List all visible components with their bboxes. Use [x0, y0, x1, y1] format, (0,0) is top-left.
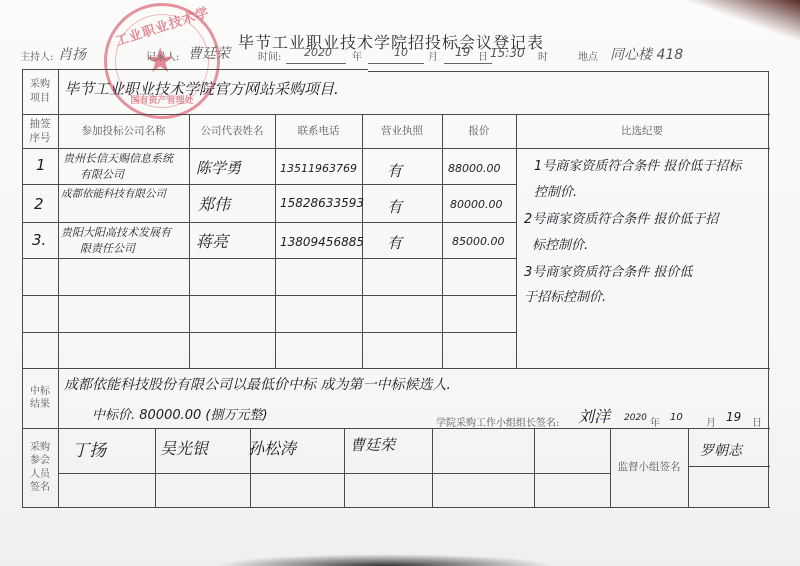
row1-company-line1: 贵州长信天赐信息系统: [63, 150, 173, 166]
leader-sign-label: 学院采购工作小组组长签名:: [436, 414, 559, 429]
header-company: 参加投标公司名称: [58, 114, 189, 148]
supervision-label: 监督小组签名: [610, 428, 688, 507]
summary-line-5: 3号商家资质符合条件 报价低: [524, 261, 692, 280]
member-signature-2: 吴光银: [160, 436, 208, 459]
row2-seq: 2: [34, 195, 44, 213]
header-price: 报价: [442, 114, 516, 148]
row2-license: 有: [387, 196, 402, 217]
sign-year-value: 2020: [624, 413, 647, 423]
project-label: 采购项目: [22, 69, 58, 114]
row1-rep: 陈学勇: [196, 157, 241, 178]
row2-phone: 15828633593: [280, 196, 364, 210]
row1-seq: 1: [36, 156, 46, 174]
member-signature-4: 曹廷荣: [350, 434, 395, 455]
supervision-signature: 罗朝志: [700, 440, 742, 460]
project-value: 毕节工业职业技术学院官方网站采购项目.: [64, 78, 339, 99]
row2-price: 80000.00: [450, 198, 503, 211]
row1-price: 88000.00: [448, 162, 501, 175]
member-signature-1: 丁扬: [72, 436, 106, 461]
result-line2: 中标价. 80000.00 (捌万元整): [92, 404, 268, 423]
row3-company-line2: 限责任公司: [80, 240, 135, 256]
member-signature-3: 孙松涛: [248, 436, 296, 459]
header-license: 营业执照: [362, 114, 442, 148]
header-phone: 联系电话: [275, 114, 362, 148]
result-label: 中标结果: [22, 368, 58, 428]
row3-rep: 蒋亮: [196, 229, 228, 252]
row1-phone: 13511963769: [280, 162, 357, 175]
sign-day-value: 19: [726, 410, 741, 424]
header-rep: 公司代表姓名: [189, 114, 275, 148]
row3-seq: 3.: [32, 231, 46, 249]
result-line1: 成都依能科技股份有限公司以最低价中标 成为第一中标候选人.: [64, 374, 451, 394]
row3-phone: 13809456885: [280, 235, 364, 249]
row2-company-line1: 成都依能科技有限公司: [61, 186, 166, 201]
row2-rep: 郑伟: [198, 192, 230, 215]
row3-license: 有: [387, 232, 402, 253]
summary-line-4: 标控制价.: [532, 234, 588, 253]
row1-company-line2: 有限公司: [80, 166, 124, 182]
signatures-label: 采购参会人员签名: [22, 428, 58, 507]
row1-license: 有: [387, 160, 402, 181]
row3-price: 85000.00: [452, 235, 505, 248]
leader-sign-value: 刘洋: [578, 404, 610, 427]
header-summary: 比选纪要: [516, 114, 768, 148]
summary-line-1: 1号商家资质符合条件 报价低于招标: [534, 155, 741, 174]
sign-year-label: 年: [650, 414, 660, 429]
summary-line-3: 2号商家资质符合条件 报价低于招: [524, 208, 718, 227]
sign-month-value: 10: [670, 412, 683, 423]
header-seq: 抽签序号: [22, 114, 58, 148]
summary-line-2: 控制价.: [534, 181, 577, 200]
row3-company-line1: 贵阳大阳高技术发展有: [61, 224, 171, 240]
sign-month-label: 月: [706, 414, 716, 429]
summary-line-6: 于招标控制价.: [524, 286, 606, 305]
sign-day-label: 日: [752, 414, 762, 429]
